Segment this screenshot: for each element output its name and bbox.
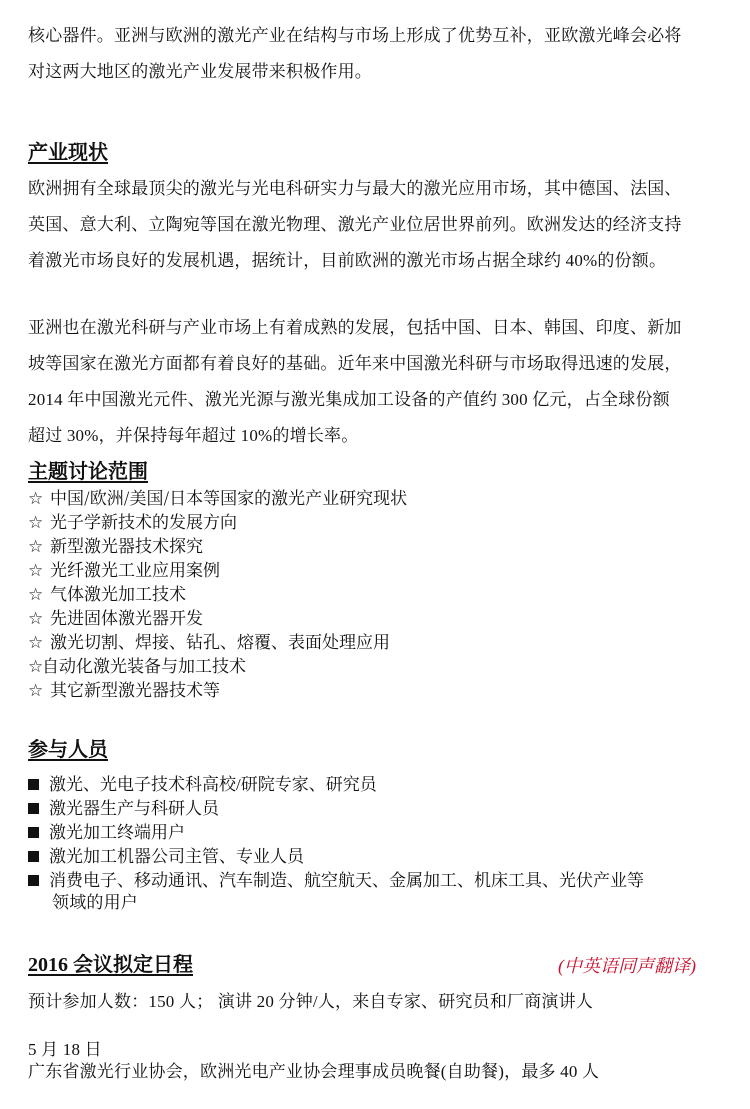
paragraph-line: 着激光市场良好的发展机遇，据统计，目前欧洲的激光市场占据全球约 40%的份额。 bbox=[28, 251, 666, 271]
translation-note: (中英语同声翻译) bbox=[558, 955, 696, 977]
paragraph-line: 英国、意大利、立陶宛等国在激光物理、激光产业位居世界前列。欧洲发达的经济支持 bbox=[28, 215, 682, 235]
topic-item: ☆激光切割、焊接、钻孔、熔覆、表面处理应用 bbox=[28, 633, 390, 653]
document-page: 核心器件。亚洲与欧洲的激光产业在结构与市场上形成了优势互补，亚欧激光峰会必将 对… bbox=[0, 0, 750, 1109]
topic-item: ☆其它新型激光器技术等 bbox=[28, 681, 220, 701]
paragraph-line: 亚洲也在激光科研与产业市场上有着成熟的发展，包括中国、日本、韩国、印度、新加 bbox=[28, 318, 682, 338]
paragraph-line: 超过 30%，并保持每年超过 10%的增长率。 bbox=[28, 426, 358, 446]
topic-item: ☆新型激光器技术探究 bbox=[28, 537, 203, 557]
paragraph-line: 欧洲拥有全球最顶尖的激光与光电科研实力与最大的激光应用市场，其中德国、法国、 bbox=[28, 179, 682, 199]
star-icon: ☆ bbox=[28, 489, 50, 509]
section-heading-participants: 参与人员 bbox=[28, 738, 108, 762]
square-bullet-icon bbox=[28, 779, 39, 790]
participant-item: 消费电子、移动通讯、汽车制造、航空航天、金属加工、机床工具、光伏产业等 bbox=[28, 871, 644, 891]
topic-item: ☆光纤激光工业应用案例 bbox=[28, 561, 220, 581]
schedule-event: 广东省激光行业协会，欧洲光电产业协会理事成员晚餐(自助餐)，最多 40 人 bbox=[28, 1062, 599, 1082]
star-icon: ☆ bbox=[28, 537, 50, 557]
section-heading-schedule: 2016 会议拟定日程 bbox=[28, 953, 193, 977]
square-bullet-icon bbox=[28, 875, 39, 886]
section-heading-topics: 主题讨论范围 bbox=[28, 460, 148, 484]
paragraph-line: 坡等国家在激光方面都有着良好的基础。近年来中国激光科研与市场取得迅速的发展， bbox=[28, 354, 682, 374]
topic-item: ☆自动化激光装备与加工技术 bbox=[28, 657, 246, 677]
topic-item: ☆气体激光加工技术 bbox=[28, 585, 186, 605]
square-bullet-icon bbox=[28, 803, 39, 814]
topic-item: ☆中国/欧洲/美国/日本等国家的激光产业研究现状 bbox=[28, 489, 407, 509]
topic-item: ☆先进固体激光器开发 bbox=[28, 609, 203, 629]
topic-item: ☆光子学新技术的发展方向 bbox=[28, 513, 237, 533]
participant-item: 激光加工机器公司主管、专业人员 bbox=[28, 847, 304, 867]
star-icon: ☆ bbox=[28, 561, 50, 581]
participant-item: 激光、光电子技术科高校/研院专家、研究员 bbox=[28, 775, 377, 795]
schedule-summary: 预计参加人数：150 人； 演讲 20 分钟/人，来自专家、研究员和厂商演讲人 bbox=[28, 992, 593, 1012]
participant-item: 激光加工终端用户 bbox=[28, 823, 185, 843]
star-icon: ☆ bbox=[28, 633, 50, 653]
star-icon: ☆ bbox=[28, 513, 50, 533]
paragraph-line: 2014 年中国激光元件、激光光源与激光集成加工设备的产值约 300 亿元，占全… bbox=[28, 390, 670, 410]
star-icon: ☆ bbox=[28, 585, 50, 605]
square-bullet-icon bbox=[28, 851, 39, 862]
star-icon: ☆ bbox=[28, 609, 50, 629]
intro-line: 核心器件。亚洲与欧洲的激光产业在结构与市场上形成了优势互补，亚欧激光峰会必将 bbox=[28, 26, 682, 46]
square-bullet-icon bbox=[28, 827, 39, 838]
star-icon: ☆ bbox=[28, 681, 50, 701]
schedule-date: 5 月 18 日 bbox=[28, 1040, 102, 1060]
star-icon: ☆ bbox=[28, 657, 42, 677]
participant-item: 激光器生产与科研人员 bbox=[28, 799, 219, 819]
participant-item-continuation: 领域的用户 bbox=[52, 893, 138, 913]
intro-line: 对这两大地区的激光产业发展带来积极作用。 bbox=[28, 62, 372, 82]
section-heading-industry-status: 产业现状 bbox=[28, 141, 108, 165]
